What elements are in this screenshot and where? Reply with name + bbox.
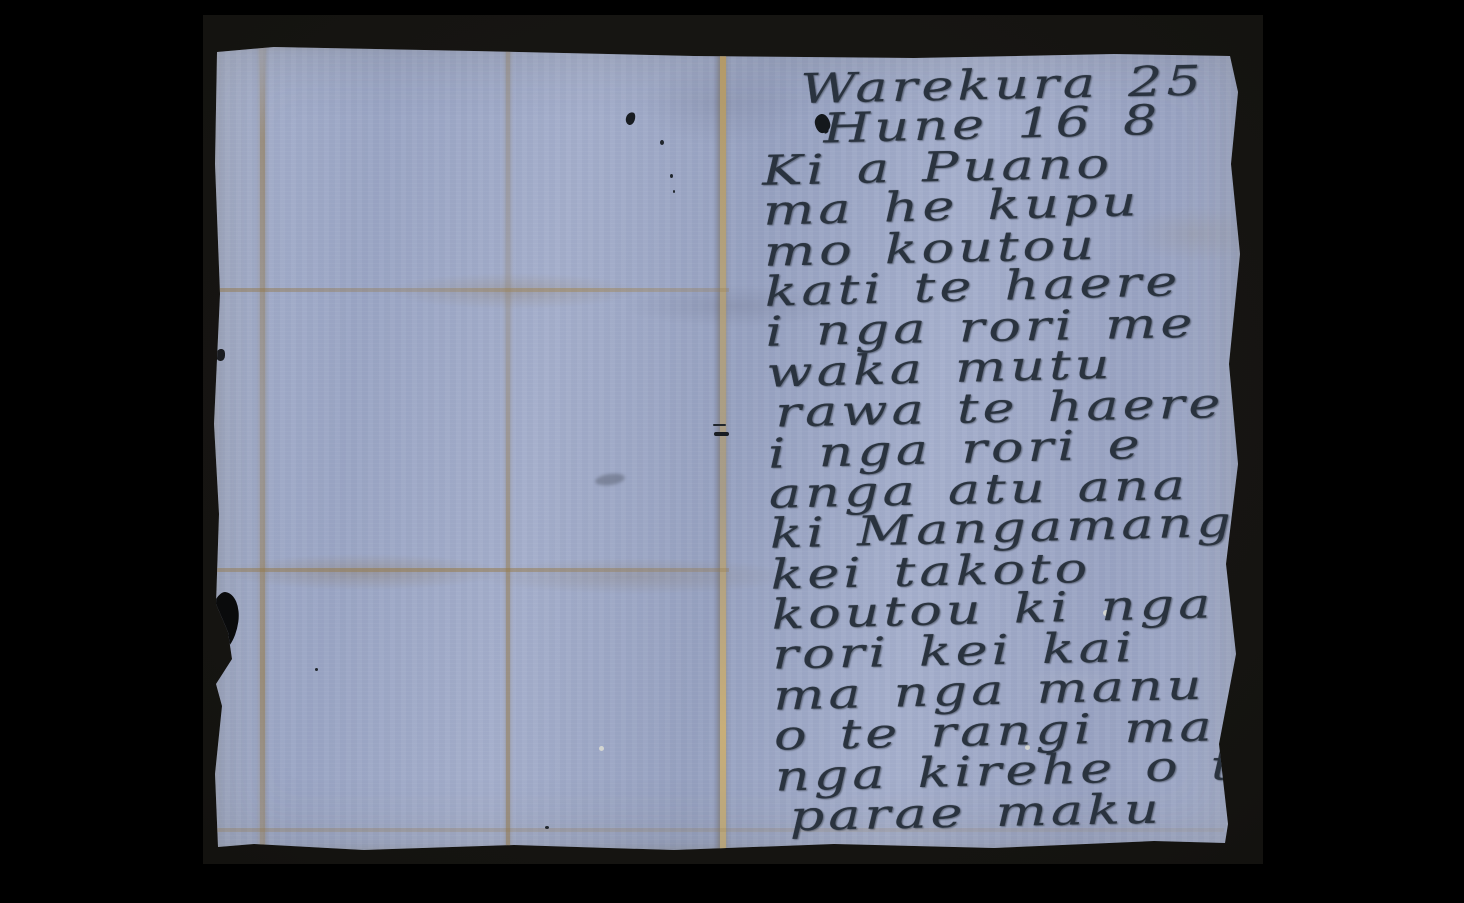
paper-fleck <box>599 746 604 751</box>
handwriting-line: parae maku <box>789 783 1418 837</box>
horizontal-fold-crease-upper <box>214 288 729 292</box>
letter-sheet: Warekura 25 Hune 16 8 Ki a Puano ma he k… <box>214 44 1244 852</box>
ink-speck <box>673 190 675 193</box>
ink-blot-small <box>624 111 637 126</box>
vertical-fold-crease-middle <box>506 44 510 852</box>
letter-body-handwriting: Warekura 25 Hune 16 8 Ki a Puano ma he k… <box>750 60 1266 838</box>
ink-speck <box>545 826 549 829</box>
ink-smudge <box>594 472 625 487</box>
vertical-fold-crease-left <box>260 44 265 852</box>
center-fold-crease <box>720 44 726 852</box>
ink-speck <box>315 668 318 671</box>
ink-speck <box>660 140 664 145</box>
ink-dash-on-fold <box>714 432 729 436</box>
scanned-letter-image: Warekura 25 Hune 16 8 Ki a Puano ma he k… <box>0 0 1464 903</box>
ink-speck <box>670 174 673 178</box>
horizontal-fold-crease-lower <box>214 568 729 572</box>
